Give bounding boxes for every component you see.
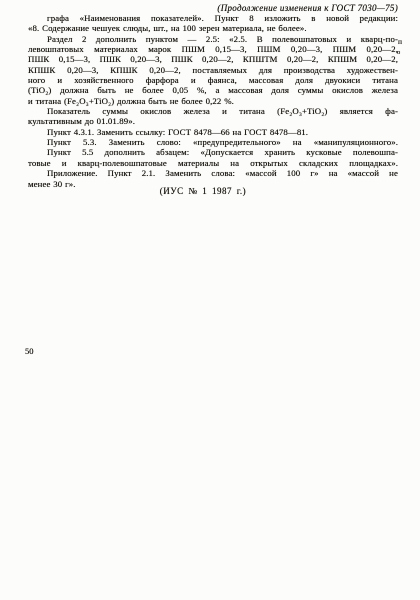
issue-note: (ИУС № 1 1987 г.) xyxy=(28,186,378,196)
text-line: КПШК 0,20—3, КПШК 0,20—2, поставляемых д… xyxy=(28,65,398,75)
text-line: ПШК 0,15—3, ПШК 0,20—3, ПШК 0,20—2, КПШТ… xyxy=(28,54,398,64)
text-line: культативным до 01.01.89». xyxy=(28,116,398,126)
stray-print-mark: п xyxy=(398,37,402,46)
text-line: «8. Содержание чешуек слюды, шт., на 100… xyxy=(28,23,398,33)
scanned-document-page: (Продолжение изменения к ГОСТ 7030—75) г… xyxy=(0,0,420,600)
text-line: графа «Наименования показателей». Пункт … xyxy=(28,13,398,23)
text-line: Показатель суммы окислов железа и титана… xyxy=(28,106,398,116)
continuation-header: (Продолжение изменения к ГОСТ 7030—75) xyxy=(28,3,398,13)
text-line: Приложение. Пункт 2.1. Заменить слова: «… xyxy=(28,168,398,178)
text-line: Пункт 5.5 дополнить абзацем: «Допускаетс… xyxy=(28,147,398,157)
text-line: Раздел 2 дополнить пунктом — 2.5: «2.5. … xyxy=(28,34,398,44)
body-text-block: графа «Наименования показателей». Пункт … xyxy=(28,13,398,189)
text-line: товые и кварц-полевошпатовые материалы н… xyxy=(28,158,398,168)
text-line: Пункт 4.3.1. Заменить ссылку: ГОСТ 8478—… xyxy=(28,127,398,137)
text-line: левошпатовых материалах марок ПШМ 0,15—3… xyxy=(28,44,398,54)
text-line: ного и хозяйственного фарфора и фаянса, … xyxy=(28,75,398,85)
stray-print-mark: о xyxy=(397,49,400,56)
text-line: и титана (Fe₂O₃+TiO₂) должна быть не бол… xyxy=(28,96,398,106)
text-line: (TiO₂) должна быть не более 0,05 %, а ма… xyxy=(28,85,398,95)
text-line: Пункт 5.3. Заменить слово: «предупредите… xyxy=(28,137,398,147)
page-number: 50 xyxy=(25,346,34,356)
